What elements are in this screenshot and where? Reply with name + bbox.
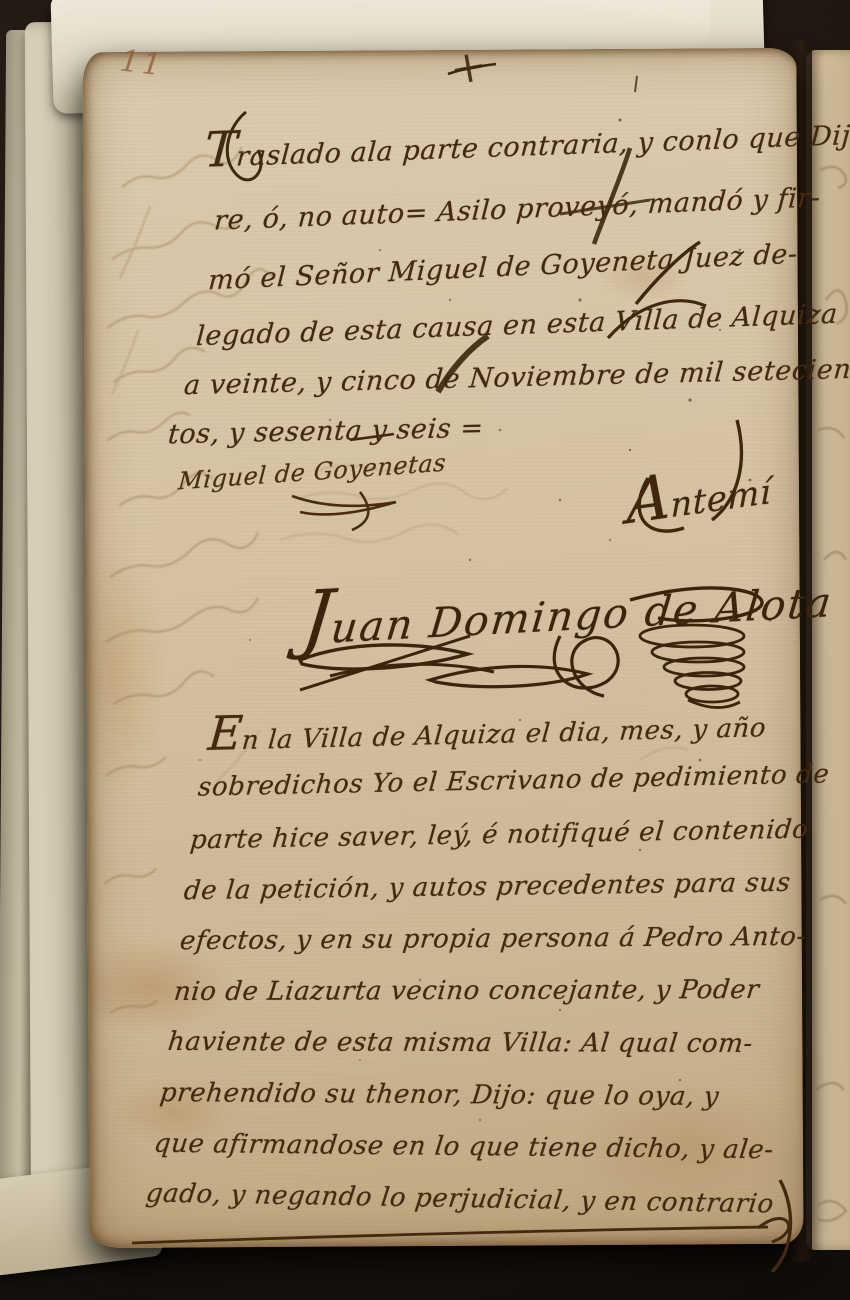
facing-page-edge [806,50,850,1250]
manuscript-line: prehendido su thenor, Dijo: que lo oya, … [158,1078,720,1112]
manuscript-line: efectos, y en su propia persona á Pedro … [179,922,808,956]
underlying-sheet-top-white [369,0,710,54]
folio-number: 11 [118,43,166,83]
manuscript-page [82,48,803,1248]
manuscript-photo: 11 + Traslado ala parte contraria, y con… [0,0,850,1300]
manuscript-line: nio de Liazurta vecino concejante, y Pod… [172,975,760,1007]
manuscript-line: haviente de esta misma Villa: Al qual co… [166,1027,754,1059]
